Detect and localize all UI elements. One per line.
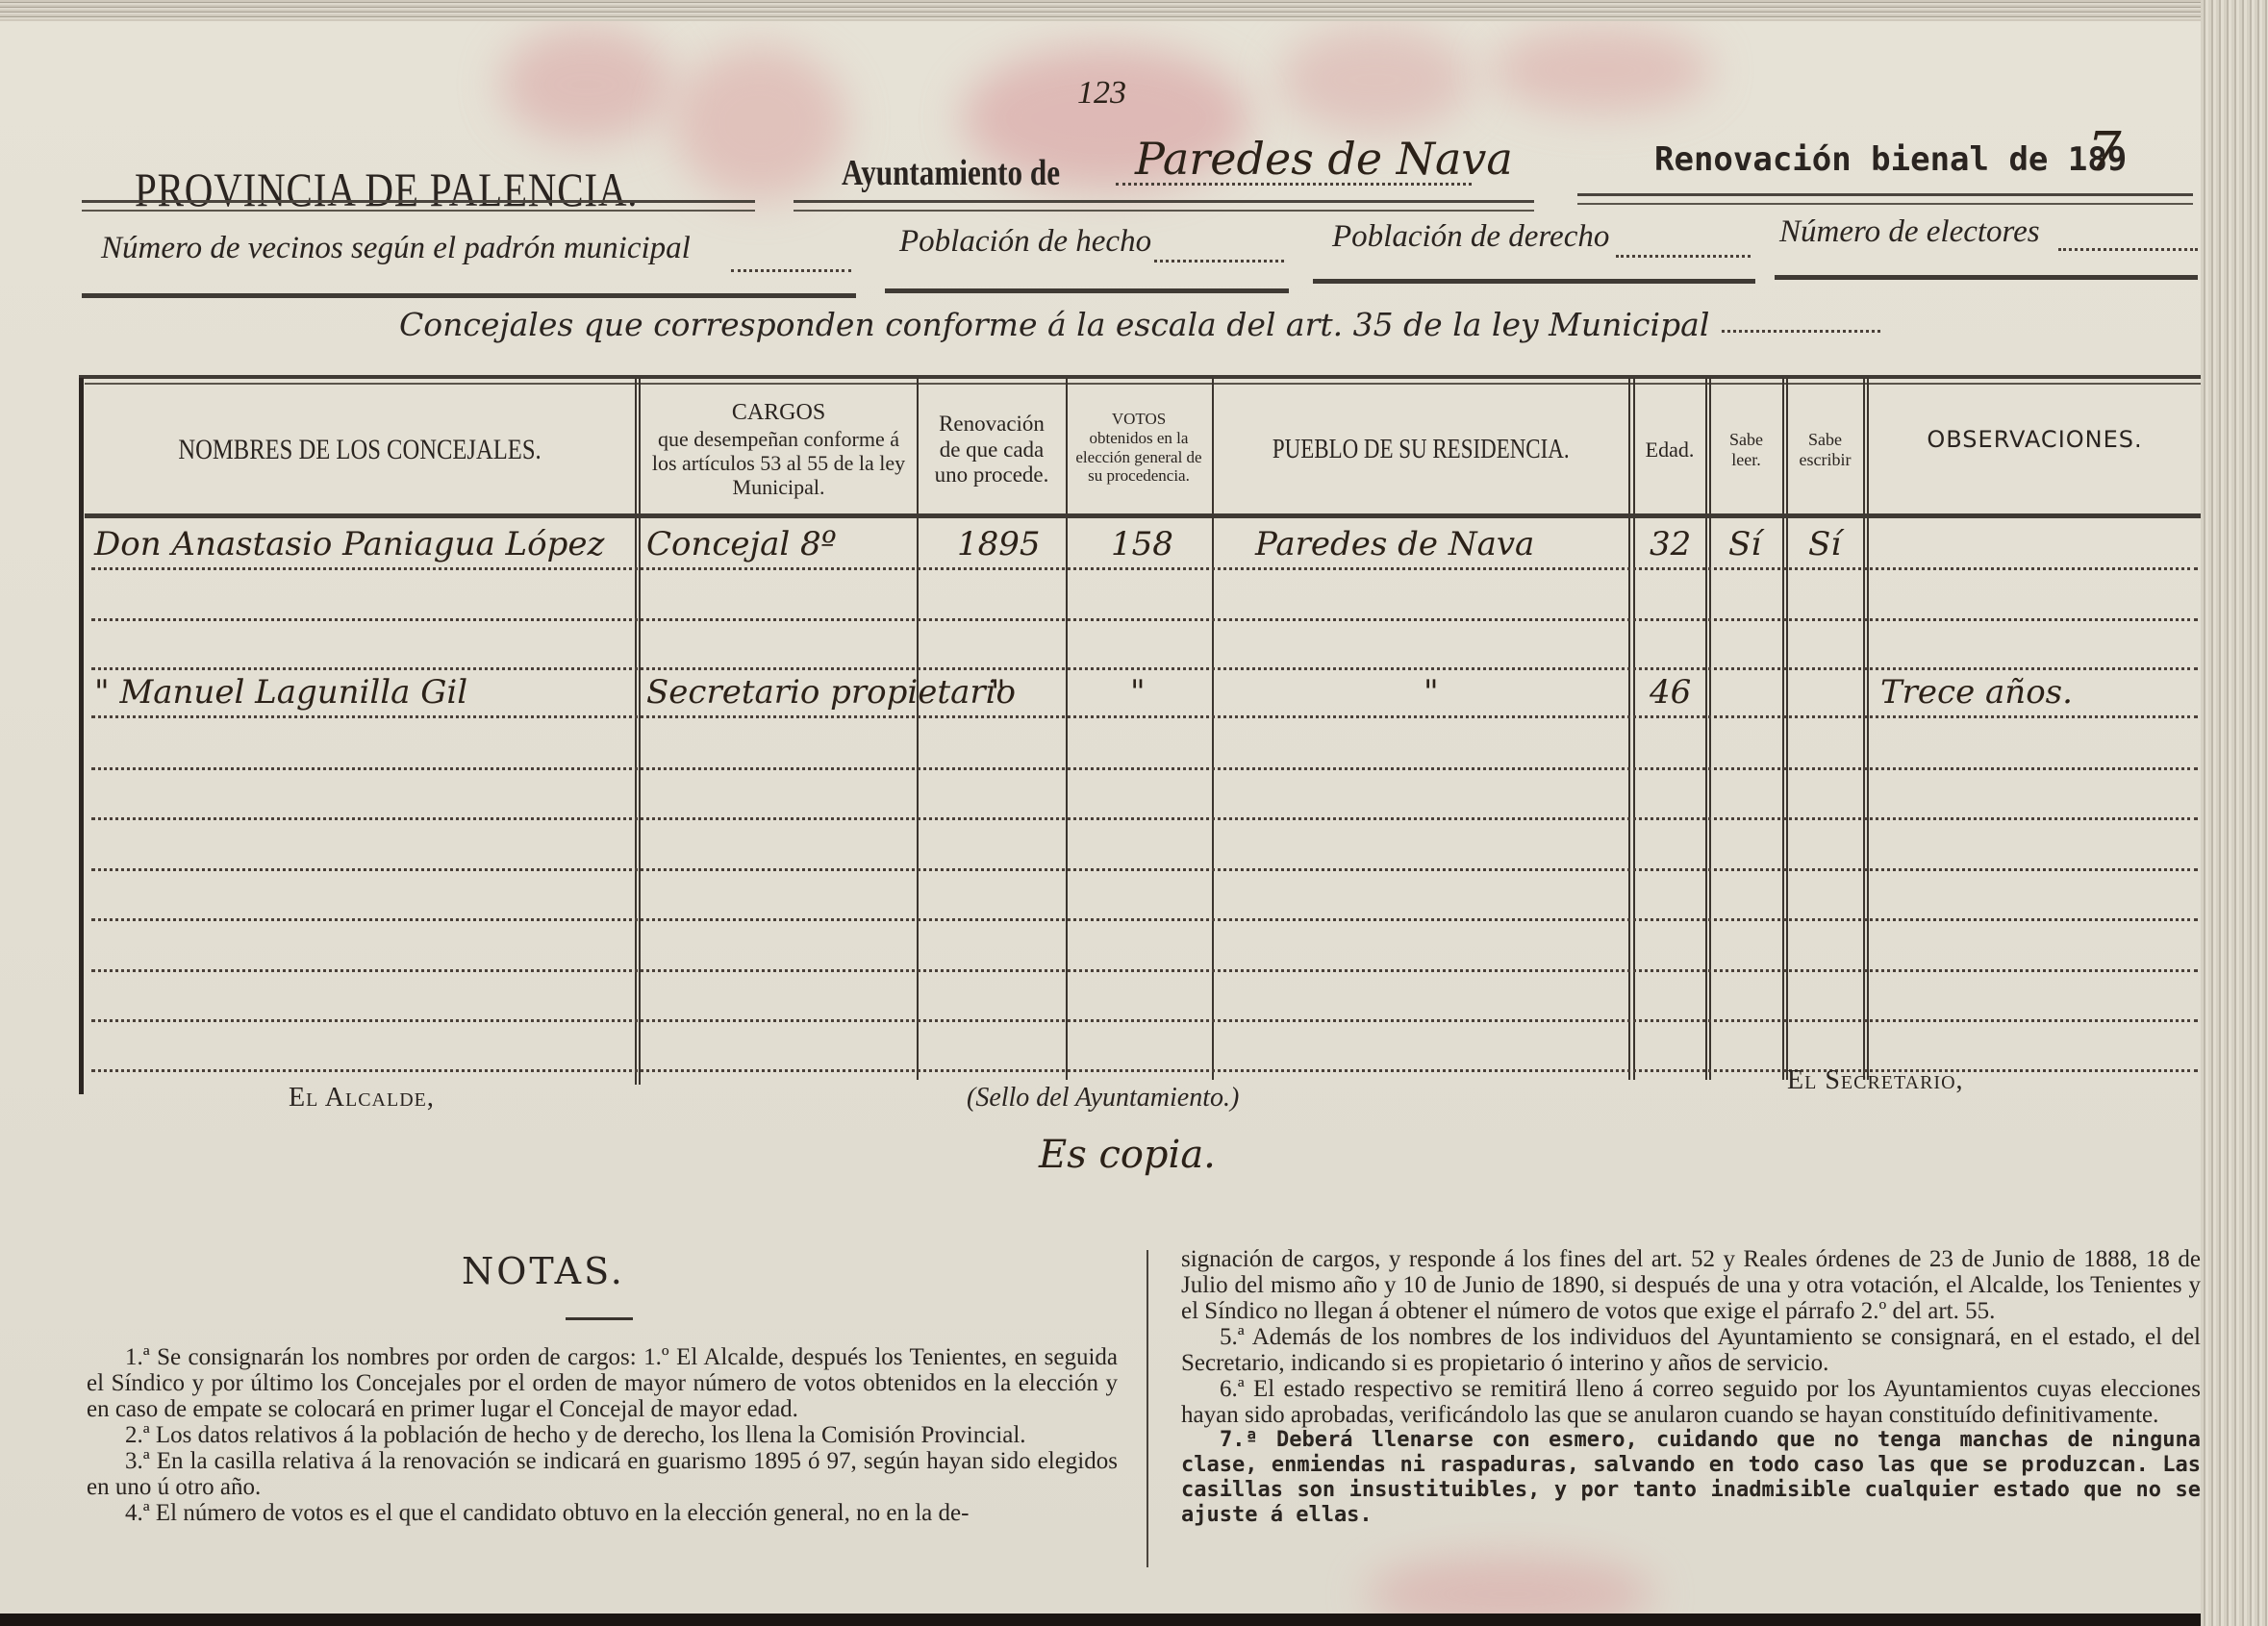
- electores-rule: [1775, 275, 2198, 280]
- cell-votos: ": [1130, 673, 1146, 712]
- row-line[interactable]: [91, 767, 2198, 770]
- alcalde-signature-label: El Alcalde,: [289, 1083, 435, 1113]
- table-top-rule: [85, 383, 2201, 385]
- cell-renovacion: 1895: [957, 525, 1041, 563]
- red-stain: [500, 27, 673, 142]
- red-stain: [1279, 27, 1472, 133]
- cell-edad: 46: [1650, 673, 1691, 712]
- ayuntamiento-label: Ayuntamiento de: [842, 152, 1060, 194]
- vecinos-rule: [82, 293, 856, 298]
- vecinos-label: Número de vecinos según el padrón munici…: [101, 231, 691, 266]
- note-item: 4.ª El número de votos es el que el cand…: [87, 1500, 1118, 1526]
- row-line[interactable]: [91, 667, 2198, 670]
- note-item: 6.ª El estado respectivo se remitirá lle…: [1181, 1376, 2201, 1428]
- title-rule: [82, 200, 755, 203]
- header-sabe-leer: Sabe leer.: [1711, 392, 1781, 508]
- renovacion-year-digit: 7: [2087, 121, 2122, 184]
- cell-sabe-escribir: Sí: [1808, 525, 1841, 563]
- renovacion-rule: [1577, 193, 2193, 196]
- secretario-signature-label: El Secretario,: [1787, 1065, 1964, 1096]
- renovacion-rule: [1577, 203, 2193, 205]
- table-top-rule: [79, 375, 2205, 379]
- ayuntamiento-value: Paredes de Nava: [1135, 133, 1513, 185]
- document-page: 123 PROVINCIA DE PALENCIA. Ayuntamiento …: [0, 17, 2212, 1613]
- row-line[interactable]: [91, 1019, 2198, 1022]
- cell-nombre: " Manuel Lagunilla Gil: [94, 673, 467, 712]
- header-sabe-escribir: Sabe escribir: [1788, 392, 1862, 508]
- red-stain: [1491, 27, 1712, 113]
- renovacion-label: Renovación bienal de 189: [1654, 140, 2127, 179]
- row-line[interactable]: [91, 567, 2198, 570]
- header-cargos: CARGOS que desempeñan conforme á los art…: [643, 392, 915, 508]
- header-renovacion: Renovación de que cada uno procede.: [920, 392, 1064, 508]
- poblacion-derecho-rule: [1313, 279, 1755, 284]
- poblacion-hecho-dotted-line[interactable]: [1154, 260, 1284, 263]
- col-divider: [1628, 378, 1630, 1080]
- header-bottom-rule: [85, 513, 2201, 518]
- row-line[interactable]: [91, 868, 2198, 871]
- electores-dotted-line[interactable]: [2058, 248, 2198, 251]
- folio-number: 123: [1077, 75, 1126, 112]
- cell-observaciones: Trece años.: [1880, 673, 2073, 712]
- table-left-border: [79, 378, 84, 1094]
- cell-nombre: Don Anastasio Paniagua López: [94, 525, 604, 563]
- concejales-scale-label: Concejales que corresponden conforme á l…: [399, 306, 1709, 343]
- scale-dotted-line[interactable]: [1722, 330, 1880, 333]
- cell-cargo: Secretario propietario: [646, 673, 1016, 712]
- row-line[interactable]: [91, 817, 2198, 820]
- row-line[interactable]: [91, 918, 2198, 921]
- red-stain: [1366, 1556, 1654, 1613]
- cell-pueblo: Paredes de Nava: [1255, 525, 1534, 563]
- cell-sabe-leer: Sí: [1728, 525, 1761, 563]
- header-pueblo: PUEBLO DE SU RESIDENCIA.: [1214, 392, 1627, 508]
- book-page-edges-right: [2201, 0, 2268, 1626]
- row-line[interactable]: [91, 618, 2198, 621]
- cell-pueblo: ": [1424, 673, 1439, 712]
- cell-cargo: Concejal 8º: [646, 525, 837, 563]
- poblacion-hecho-rule: [885, 288, 1289, 293]
- note-item: signación de cargos, y responde á los fi…: [1181, 1246, 2201, 1324]
- header-nombres: NOMBRES DE LOS CONCEJALES.: [87, 392, 633, 508]
- row-line[interactable]: [91, 969, 2198, 972]
- ayuntamiento-rule: [794, 200, 1534, 203]
- notes-right-column: signación de cargos, y responde á los fi…: [1181, 1246, 2201, 1528]
- poblacion-derecho-label: Población de derecho: [1332, 219, 1609, 255]
- notes-left-column: 1.ª Se consignarán los nombres por orden…: [87, 1344, 1118, 1526]
- notes-column-divider: [1147, 1250, 1148, 1567]
- col-divider: [917, 378, 919, 1080]
- cell-renovacion: ": [991, 673, 1006, 712]
- row-line[interactable]: [91, 715, 2198, 718]
- notes-title: NOTAS.: [462, 1250, 625, 1292]
- col-divider: [1782, 378, 1784, 1080]
- note-item: 5.ª Además de los nombres de los individ…: [1181, 1324, 2201, 1376]
- header-edad: Edad.: [1635, 392, 1704, 508]
- poblacion-hecho-label: Población de hecho: [899, 224, 1151, 260]
- note-item: 2.ª Los datos relativos á la población d…: [87, 1422, 1118, 1448]
- note-item: 1.ª Se consignarán los nombres por orden…: [87, 1344, 1118, 1422]
- header-observaciones: OBSERVACIONES.: [1869, 392, 2201, 488]
- vecinos-dotted-line[interactable]: [731, 269, 851, 272]
- note-item: 3.ª En la casilla relativa á la renovaci…: [87, 1448, 1118, 1500]
- copia-note: Es copia.: [1039, 1133, 1216, 1177]
- sello-label: (Sello del Ayuntamiento.): [967, 1083, 1239, 1113]
- poblacion-derecho-dotted-line[interactable]: [1616, 255, 1751, 258]
- header-votos: VOTOS obtenidos en la elección general d…: [1068, 388, 1210, 508]
- ayuntamiento-rule: [794, 210, 1534, 212]
- notes-title-rule: [566, 1317, 633, 1320]
- col-divider: [639, 378, 641, 1085]
- col-divider: [1705, 378, 1707, 1080]
- col-divider: [635, 378, 637, 1085]
- cell-votos: 158: [1111, 525, 1173, 563]
- title-rule: [82, 210, 755, 212]
- note-item: 7.ª Deberá llenarse con esmero, cuidando…: [1181, 1428, 2201, 1528]
- electores-label: Número de electores: [1779, 214, 2040, 250]
- book-page-edges-top: [0, 0, 2268, 21]
- red-stain: [673, 46, 846, 200]
- col-divider: [1863, 378, 1865, 1080]
- cell-edad: 32: [1650, 525, 1691, 563]
